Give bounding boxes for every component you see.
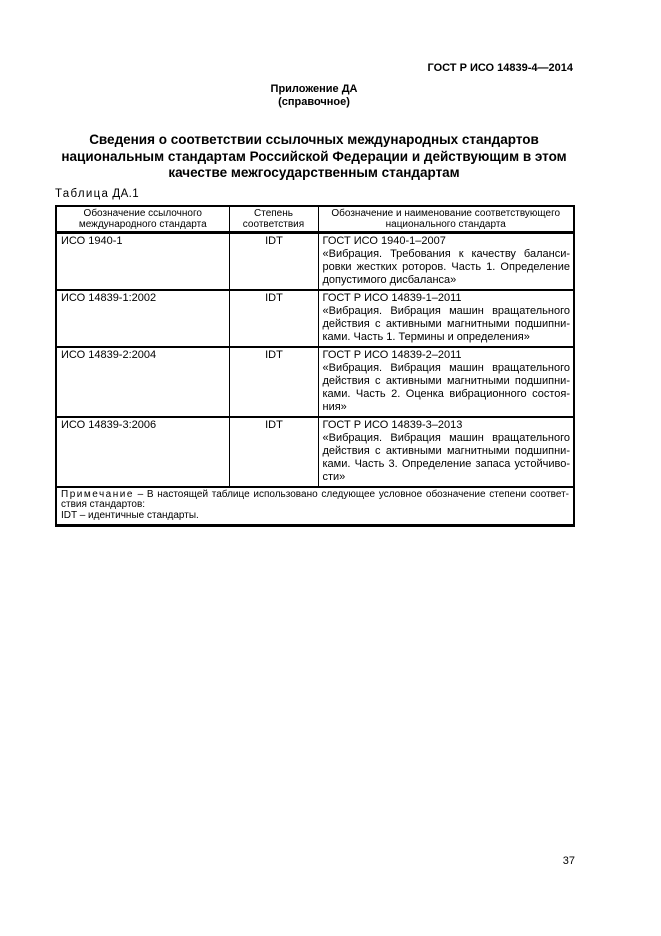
appendix-title: Приложение ДА bbox=[55, 83, 573, 96]
column-header-degree-of-correspondence: Степень соответствия bbox=[229, 206, 318, 233]
note-third-line: IDT – идентичные стандарты. bbox=[61, 511, 569, 522]
degree-cell: IDT bbox=[229, 347, 318, 417]
note-first-line-text: – В настоящей таблице использовано следу… bbox=[134, 489, 569, 500]
document-code-header: ГОСТ Р ИСО 14839-4—2014 bbox=[55, 62, 573, 75]
national-standard-cell: ГОСТ Р ИСО 14839-2–2011«Вибрация. Вибрац… bbox=[318, 347, 574, 417]
note-second-line: ствия стандартов: bbox=[61, 500, 569, 511]
page-title: Сведения о соответствии ссылочных междун… bbox=[55, 132, 573, 182]
column-header-national-standard: Обозначение и наименование соответствующ… bbox=[318, 206, 574, 233]
appendix-heading: Приложение ДА (справочное) bbox=[55, 83, 573, 109]
international-standard-cell: ИСО 1940-1 bbox=[56, 232, 229, 290]
table-row: ИСО 1940-1 IDT ГОСТ ИСО 1940-1–2007«Вибр… bbox=[56, 232, 574, 290]
appendix-subtitle: (справочное) bbox=[55, 96, 573, 109]
table-row: ИСО 14839-1:2002 IDT ГОСТ Р ИСО 14839-1–… bbox=[56, 290, 574, 347]
page-number: 37 bbox=[563, 855, 575, 868]
table-caption-number: ДА.1 bbox=[112, 188, 139, 200]
degree-cell: IDT bbox=[229, 232, 318, 290]
national-standard-cell: ГОСТ Р ИСО 14839-3–2013«Вибрация. Вибрац… bbox=[318, 417, 574, 487]
table-header-row: Обозначение ссылочного международного ст… bbox=[56, 206, 574, 233]
column-header-international-standard: Обозначение ссылочного международного ст… bbox=[56, 206, 229, 233]
international-standard-cell: ИСО 14839-3:2006 bbox=[56, 417, 229, 487]
note-label: Примечание bbox=[61, 489, 134, 500]
page-content-area: ГОСТ Р ИСО 14839-4—2014 Приложение ДА (с… bbox=[55, 0, 573, 527]
table-row: ИСО 14839-3:2006 IDT ГОСТ Р ИСО 14839-3–… bbox=[56, 417, 574, 487]
international-standard-cell: ИСО 14839-1:2002 bbox=[56, 290, 229, 347]
degree-cell: IDT bbox=[229, 417, 318, 487]
national-standard-cell: ГОСТ ИСО 1940-1–2007«Вибрация. Требовани… bbox=[318, 232, 574, 290]
national-standard-cell: ГОСТ Р ИСО 14839-1–2011«Вибрация. Вибрац… bbox=[318, 290, 574, 347]
table-caption-word: Таблица bbox=[55, 188, 109, 200]
international-standard-cell: ИСО 14839-2:2004 bbox=[56, 347, 229, 417]
table-caption: Таблица ДА.1 bbox=[55, 188, 573, 201]
table-row: ИСО 14839-2:2004 IDT ГОСТ Р ИСО 14839-2–… bbox=[56, 347, 574, 417]
degree-cell: IDT bbox=[229, 290, 318, 347]
table-note-row: Примечание – В настоящей таблице использ… bbox=[56, 487, 574, 526]
table-note-cell: Примечание – В настоящей таблице использ… bbox=[56, 487, 574, 526]
standards-correspondence-table: Обозначение ссылочного международного ст… bbox=[55, 205, 575, 528]
